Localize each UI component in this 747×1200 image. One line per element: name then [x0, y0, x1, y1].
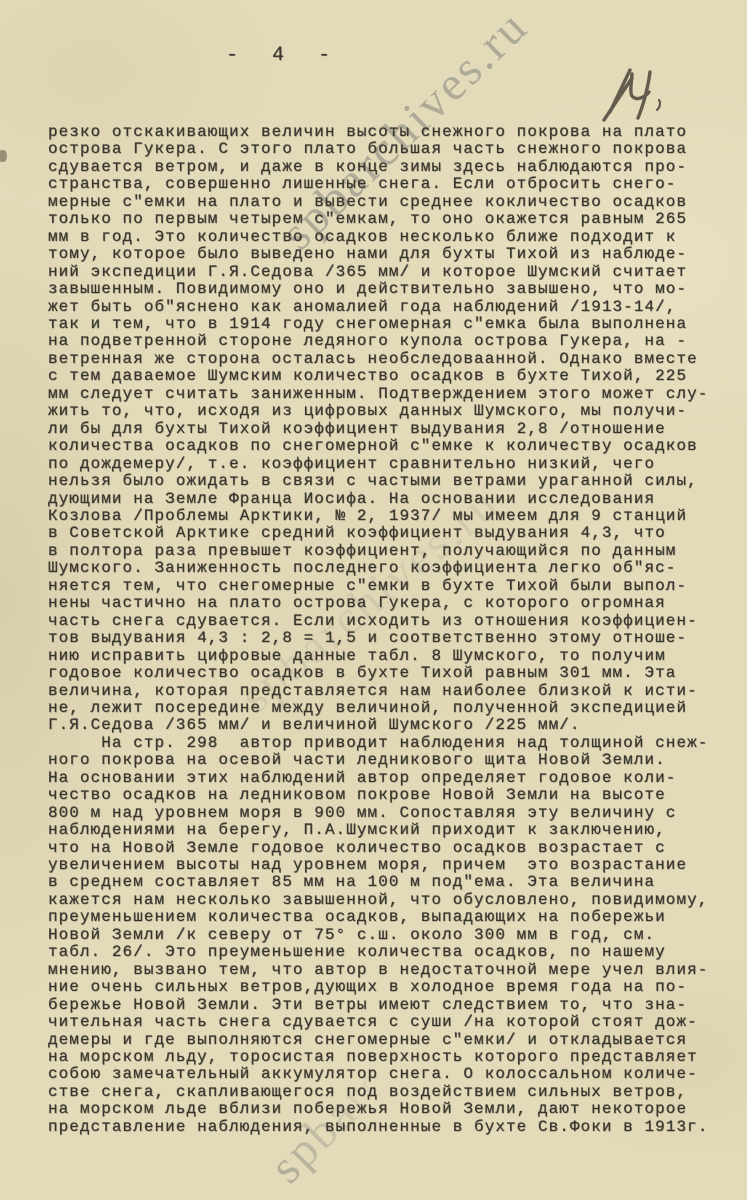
typewritten-text: резко отскакивающих величин высоты снежн…: [48, 124, 716, 1136]
scanned-document-page: spbarchives.ru spbarchives.ru spbarchive…: [0, 0, 747, 1200]
paragraph: резко отскакивающих величин высоты снежн…: [48, 124, 716, 735]
paper-speck: [0, 150, 7, 162]
paragraph: На стр. 298 автор приводит наблюдения на…: [48, 735, 716, 1136]
page-number: - 4 -: [226, 44, 341, 67]
